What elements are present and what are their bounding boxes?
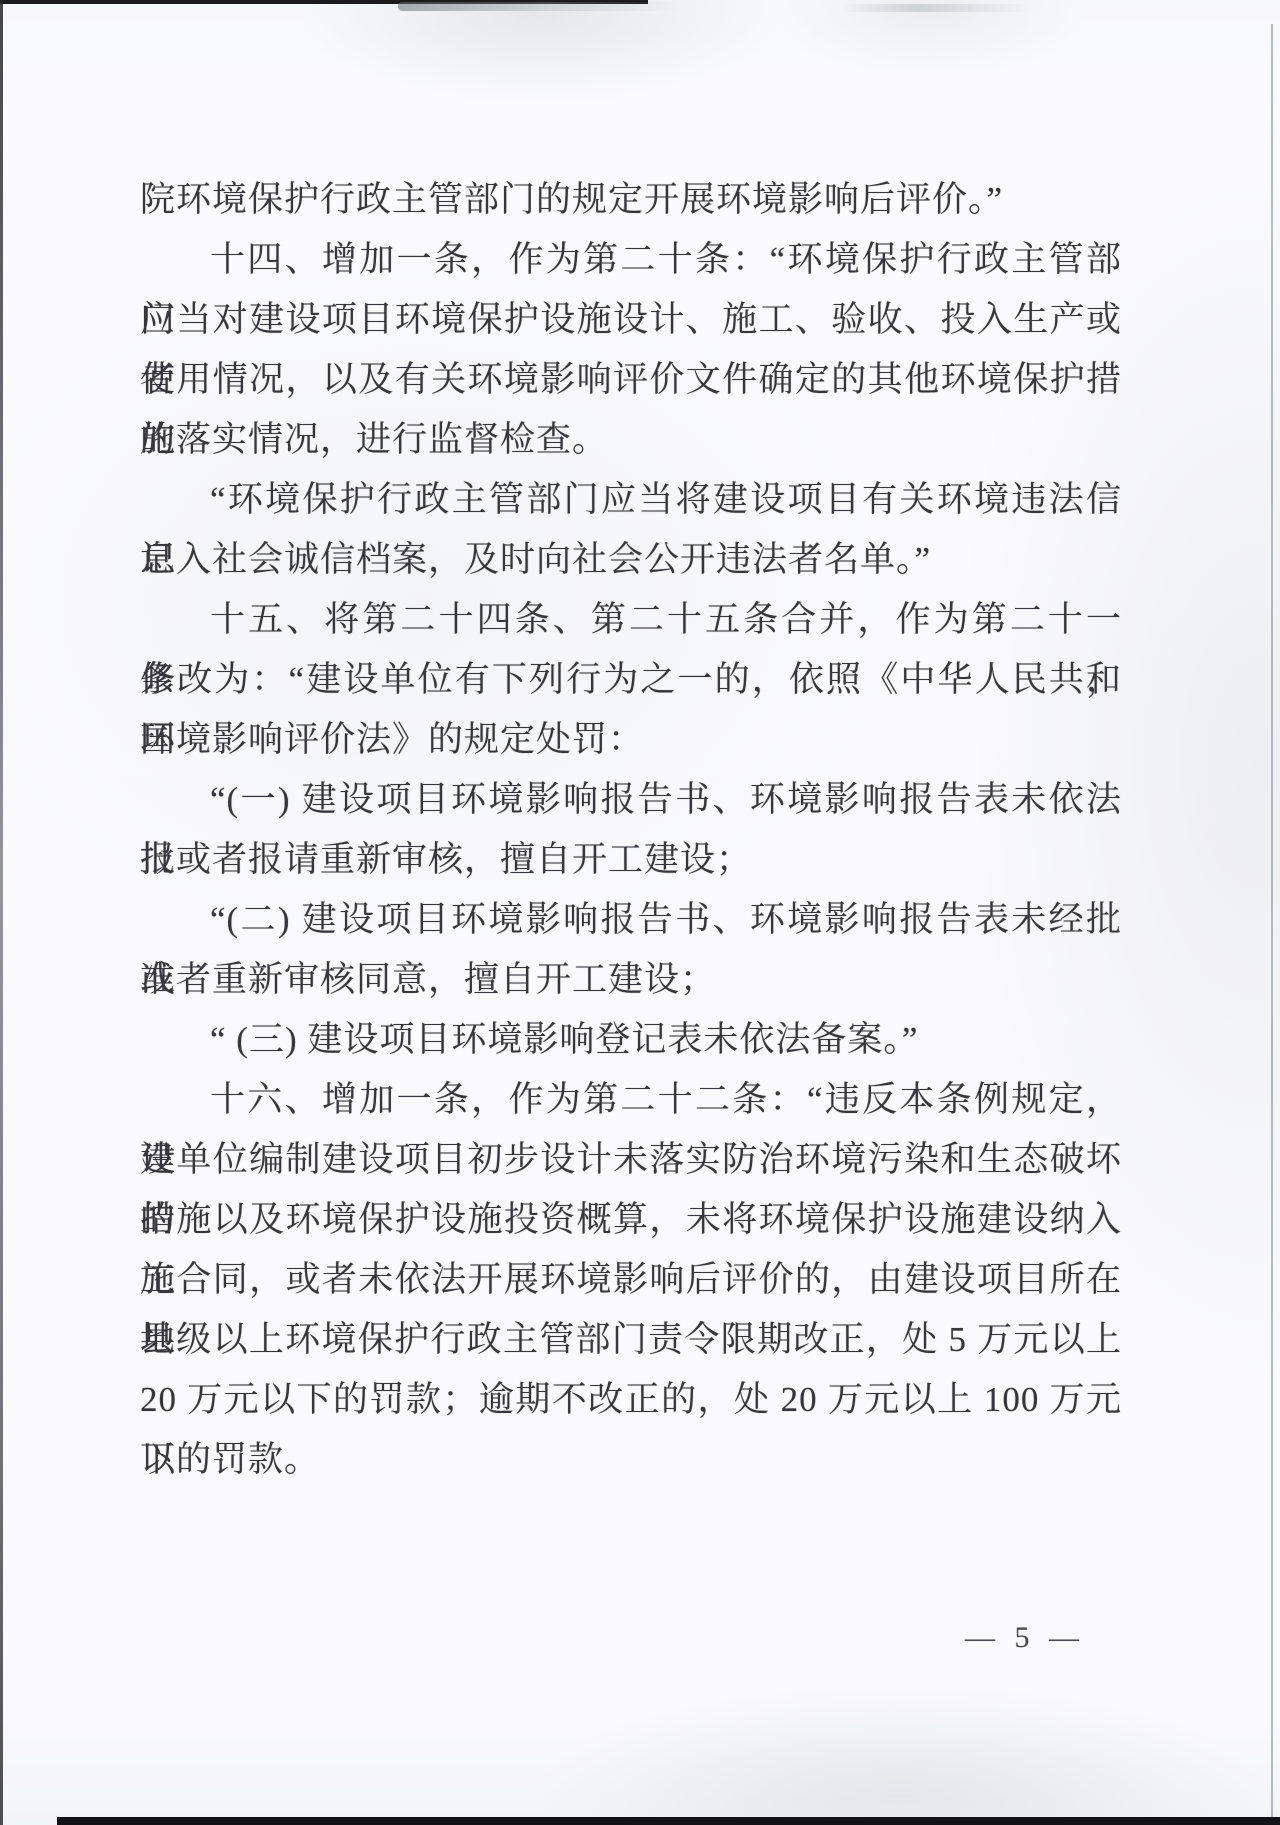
text-line: 下的罚款。 [140,1430,1122,1490]
scan-artifact-left-edge [0,0,3,1825]
text-line: 十四、增加一条，作为第二十条：“环境保护行政主管部门 [140,230,1122,290]
text-line: “(一) 建设项目环境影响报告书、环境影响报告表未依法报 [140,770,1122,830]
scan-artifact-right-edge [1271,24,1273,1817]
text-line: 的落实情况，进行监督检查。 [140,410,1122,470]
scan-artifact-top-smudge [398,2,678,11]
text-line: 环境影响评价法》的规定处罚： [140,710,1122,770]
text-line: “(二) 建设项目环境影响报告书、环境影响报告表未经批准 [140,890,1122,950]
page-number: — 5 — [930,1612,1120,1664]
text-line: 设单位编制建设项目初步设计未落实防治环境污染和生态破坏的 [140,1130,1122,1190]
text-line: “ (三) 建设项目环境影响登记表未依法备案。” [140,1010,1122,1070]
text-line: 县级以上环境保护行政主管部门责令限期改正，处 5 万元以上 [140,1310,1122,1370]
text-line: 措施以及环境保护设施投资概算，未将环境保护设施建设纳入施 [140,1190,1122,1250]
document-text: 院环境保护行政主管部门的规定开展环境影响后评价。” 十四、增加一条，作为第二十条… [140,170,1122,1490]
text-line: 十五、将第二十四条、第二十五条合并，作为第二十一条， [140,590,1122,650]
text-line: 应当对建设项目环境保护设施设计、施工、验收、投入生产或者 [140,290,1122,350]
text-line: 批或者报请重新审核，擅自开工建设； [140,830,1122,890]
scan-artifact-bottom-edge [57,1817,1280,1825]
scanned-page: 院环境保护行政主管部门的规定开展环境影响后评价。” 十四、增加一条，作为第二十条… [0,0,1280,1825]
text-line: 修改为：“建设单位有下列行为之一的，依照《中华人民共和国 [140,650,1122,710]
scan-artifact-top-smudge-2 [840,4,1030,12]
scan-artifact-top-edge [0,0,648,4]
text-line: 院环境保护行政主管部门的规定开展环境影响后评价。” [140,170,1122,230]
text-line: 使用情况，以及有关环境影响评价文件确定的其他环境保护措施 [140,350,1122,410]
text-line: 20 万元以下的罚款；逾期不改正的，处 20 万元以上 100 万元以 [140,1370,1122,1430]
text-line: “环境保护行政主管部门应当将建设项目有关环境违法信息 [140,470,1122,530]
text-line: 或者重新审核同意，擅自开工建设； [140,950,1122,1010]
text-line: 工合同，或者未依法开展环境影响后评价的，由建设项目所在地 [140,1250,1122,1310]
text-line: 十六、增加一条，作为第二十二条：“违反本条例规定，建 [140,1070,1122,1130]
text-line: 记入社会诚信档案，及时向社会公开违法者名单。” [140,530,1122,590]
